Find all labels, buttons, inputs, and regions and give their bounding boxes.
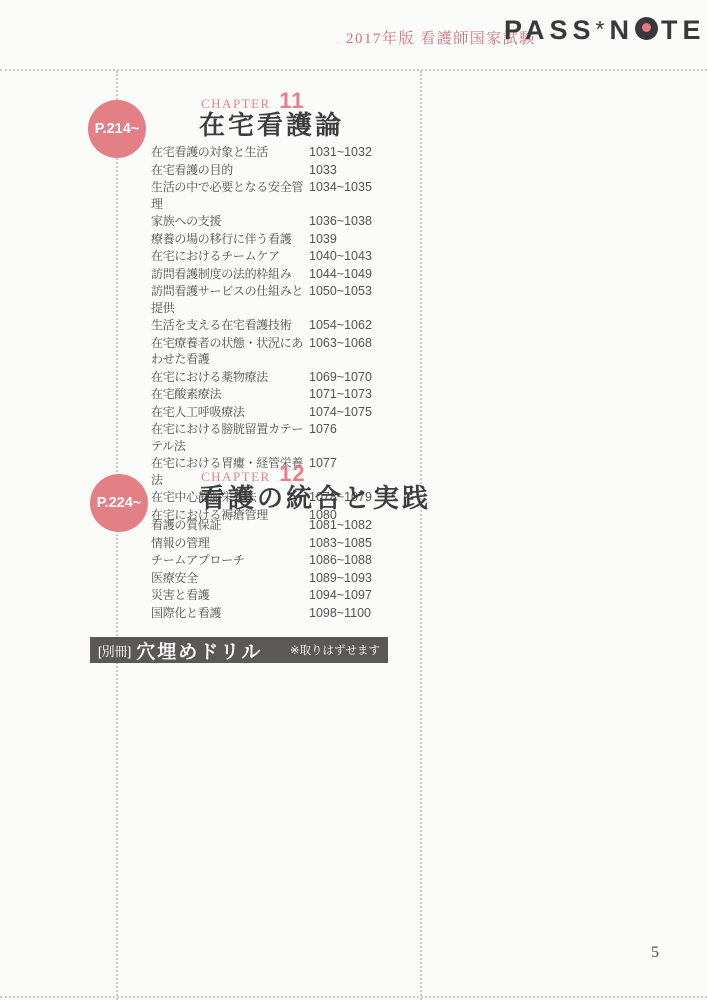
toc-item-pages: 1034~1035 (309, 179, 372, 196)
chapter12-title: 看護の統合と実践 (199, 478, 431, 515)
toc-item-pages: 1086~1088 (309, 552, 372, 569)
toc-item-title: 国際化と看護 (151, 605, 309, 622)
logo-text-n: N (609, 15, 634, 45)
toc-item-pages: 1040~1043 (309, 248, 372, 265)
logo-text-pass: PASS (504, 15, 596, 45)
toc-item-pages: 1036~1038 (309, 213, 372, 230)
toc-item-title: 家族への支援 (151, 213, 309, 230)
toc-row: 在宅における膀胱留置カテーテル法1076 (151, 421, 377, 454)
toc-item-title: 生活を支える在宅看護技術 (151, 317, 309, 334)
toc-item-pages: 1054~1062 (309, 317, 372, 334)
toc-row: 訪問看護サービスの仕組みと提供1050~1053 (151, 283, 377, 316)
toc-item-pages: 1063~1068 (309, 335, 372, 352)
toc-row: 在宅における薬物療法1069~1070 (151, 369, 377, 386)
toc-item-title: 在宅における膀胱留置カテーテル法 (151, 421, 309, 454)
toc-item-title: 生活の中で必要となる安全管理 (151, 179, 309, 212)
toc-row: 在宅人工呼吸療法1074~1075 (151, 404, 377, 421)
toc-item-pages: 1081~1082 (309, 517, 372, 534)
appendix-title: 穴埋めドリル (136, 637, 262, 664)
toc-item-pages: 1076 (309, 421, 337, 438)
toc-item-title: 看護の質保証 (151, 517, 309, 534)
toc-item-pages: 1083~1085 (309, 535, 372, 552)
page-number: 5 (651, 944, 659, 962)
toc-item-title: 在宅におけるチームケア (151, 248, 309, 265)
toc-item-title: チームアプローチ (151, 552, 309, 569)
toc-item-title: 訪問看護サービスの仕組みと提供 (151, 283, 309, 316)
toc-item-title: 療養の場の移行に伴う看護 (151, 231, 309, 248)
top-dotted-divider (0, 69, 707, 71)
bottom-dotted-divider (0, 996, 707, 998)
toc-item-pages: 1074~1075 (309, 404, 372, 421)
left-vertical-dotted-line (116, 71, 118, 1000)
toc-item-pages: 1039 (309, 231, 337, 248)
toc-row: チームアプローチ1086~1088 (151, 552, 377, 569)
chapter11-title: 在宅看護論 (199, 105, 344, 142)
toc-item-title: 在宅人工呼吸療法 (151, 404, 309, 421)
toc-item-pages: 1031~1032 (309, 144, 372, 161)
toc-item-title: 在宅療養者の状態・状況にあわせた看護 (151, 335, 309, 368)
toc-row: 看護の質保証1081~1082 (151, 517, 377, 534)
toc-row: 生活の中で必要となる安全管理1034~1035 (151, 179, 377, 212)
toc-row: 国際化と看護1098~1100 (151, 605, 377, 622)
toc-row: 在宅療養者の状態・状況にあわせた看護1063~1068 (151, 335, 377, 368)
toc-row: 家族への支援1036~1038 (151, 213, 377, 230)
toc-item-pages: 1098~1100 (309, 605, 371, 622)
toc-item-title: 在宅酸素療法 (151, 386, 309, 403)
toc-row: 在宅酸素療法1071~1073 (151, 386, 377, 403)
logo-star-icon: * (596, 16, 610, 42)
toc-item-title: 在宅看護の対象と生活 (151, 144, 309, 161)
chapter11-page-ref-badge: P.214~ (88, 100, 146, 158)
toc-item-title: 在宅における薬物療法 (151, 369, 309, 386)
toc-row: 在宅看護の対象と生活1031~1032 (151, 144, 377, 161)
toc-item-pages: 1094~1097 (309, 587, 372, 604)
chapter12-item-list: 看護の質保証1081~1082情報の管理1083~1085チームアプローチ108… (151, 517, 377, 622)
toc-item-title: 情報の管理 (151, 535, 309, 552)
toc-item-pages: 1089~1093 (309, 570, 372, 587)
toc-item-pages: 1077 (309, 455, 337, 472)
right-vertical-dotted-line (420, 71, 422, 1000)
toc-row: 療養の場の移行に伴う看護1039 (151, 231, 377, 248)
toc-item-pages: 1050~1053 (309, 283, 372, 300)
toc-row: 情報の管理1083~1085 (151, 535, 377, 552)
appendix-banner: [別冊] 穴埋めドリル ※取りはずせます (90, 637, 388, 663)
pass-note-logo: PASS*NTE (504, 15, 706, 46)
book-toc-page: 2017年版 看護師国家試験 PASS*NTE P.214~ CHAPTER 1… (0, 0, 707, 1000)
toc-item-pages: 1069~1070 (309, 369, 372, 386)
appendix-bracket-label: [別冊] (98, 641, 131, 660)
toc-item-title: 医療安全 (151, 570, 309, 587)
chapter12-page-ref-badge: P.224~ (90, 474, 148, 532)
logo-o-record-icon (635, 17, 658, 40)
toc-row: 医療安全1089~1093 (151, 570, 377, 587)
appendix-detachable-note: ※取りはずせます (290, 642, 380, 658)
toc-row: 災害と看護1094~1097 (151, 587, 377, 604)
toc-row: 生活を支える在宅看護技術1054~1062 (151, 317, 377, 334)
toc-row: 在宅看護の目的1033 (151, 162, 377, 179)
toc-row: 訪問看護制度の法的枠組み1044~1049 (151, 266, 377, 283)
toc-row: 在宅におけるチームケア1040~1043 (151, 248, 377, 265)
toc-item-title: 訪問看護制度の法的枠組み (151, 266, 309, 283)
toc-item-title: 在宅看護の目的 (151, 162, 309, 179)
toc-item-title: 災害と看護 (151, 587, 309, 604)
logo-text-te: TE (661, 15, 706, 45)
toc-item-pages: 1033 (309, 162, 337, 179)
toc-item-pages: 1071~1073 (309, 386, 372, 403)
toc-item-pages: 1044~1049 (309, 266, 372, 283)
